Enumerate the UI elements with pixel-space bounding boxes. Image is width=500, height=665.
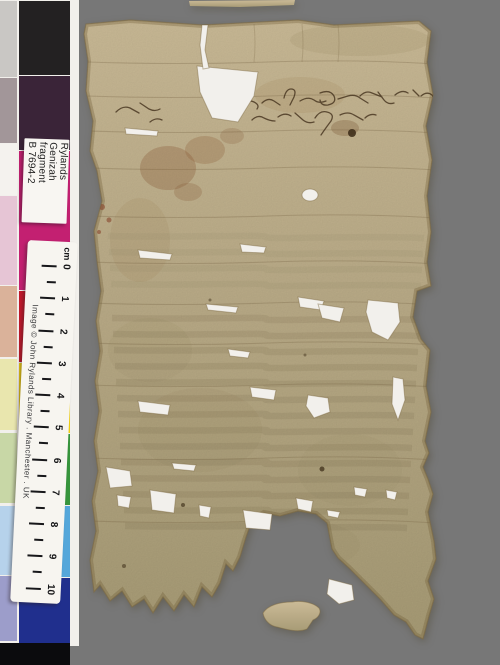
ruler-number: 2	[57, 324, 70, 339]
ruler-tick-major	[40, 297, 55, 300]
patch-tan	[0, 286, 17, 357]
ruler-number: 1	[59, 292, 72, 307]
patch-pale-yellow	[0, 359, 17, 430]
ruler-tick-minor	[34, 539, 43, 541]
ruler-number: 5	[52, 421, 65, 436]
patch-pale-green	[0, 433, 17, 503]
black-backdrop	[0, 643, 70, 665]
ruler-number: 6	[51, 453, 64, 468]
ruler-tick-major	[38, 329, 53, 332]
ruler-tick-minor	[42, 378, 51, 380]
ruler-tick-minor	[44, 346, 53, 348]
patch-white	[0, 144, 17, 195]
patch-taupe	[0, 78, 17, 143]
ruler-tick-major	[29, 522, 44, 525]
ruler-tick-minor	[40, 410, 49, 412]
ruler-tick-major	[31, 490, 46, 493]
ruler-number: 8	[48, 517, 61, 532]
ruler-tick-major	[34, 426, 49, 429]
ruler-number: 0	[60, 260, 73, 275]
shelfmark-label-text: RylandsGenizahfragmentB 7694-2	[22, 138, 70, 224]
ruler-tick-minor	[47, 281, 56, 283]
patch-light-gray	[0, 1, 17, 77]
ruler-number: 10	[45, 582, 58, 597]
ruler-tick-major	[35, 394, 50, 397]
ruler-tick-minor	[33, 571, 42, 573]
ruler-number: 3	[56, 356, 69, 371]
fragment-bottom-piece	[263, 601, 320, 630]
ruler-tick-minor	[45, 313, 54, 315]
photograph-stage: RylandsGenizahfragmentB 7694-2 cm 012345…	[0, 0, 500, 665]
ruler-tick-minor	[39, 442, 48, 444]
fragment-top-sliver	[189, 0, 295, 7]
ruler-number: 4	[54, 388, 67, 403]
ruler-tick-major	[32, 458, 47, 461]
ruler-tick-minor	[36, 507, 45, 509]
ruler-number: 7	[49, 485, 62, 500]
patch-lilac-pink	[0, 196, 17, 285]
shelfmark-label: RylandsGenizahfragmentB 7694-2	[22, 138, 70, 224]
ruler-tick-major	[42, 265, 57, 268]
patch-black	[19, 1, 70, 75]
ruler-tick-major	[27, 555, 42, 558]
ruler-tick-major	[37, 361, 52, 364]
ruler-number: 9	[46, 550, 59, 565]
ruler-tick-major	[26, 587, 41, 590]
ruler-tick-minor	[37, 474, 46, 476]
